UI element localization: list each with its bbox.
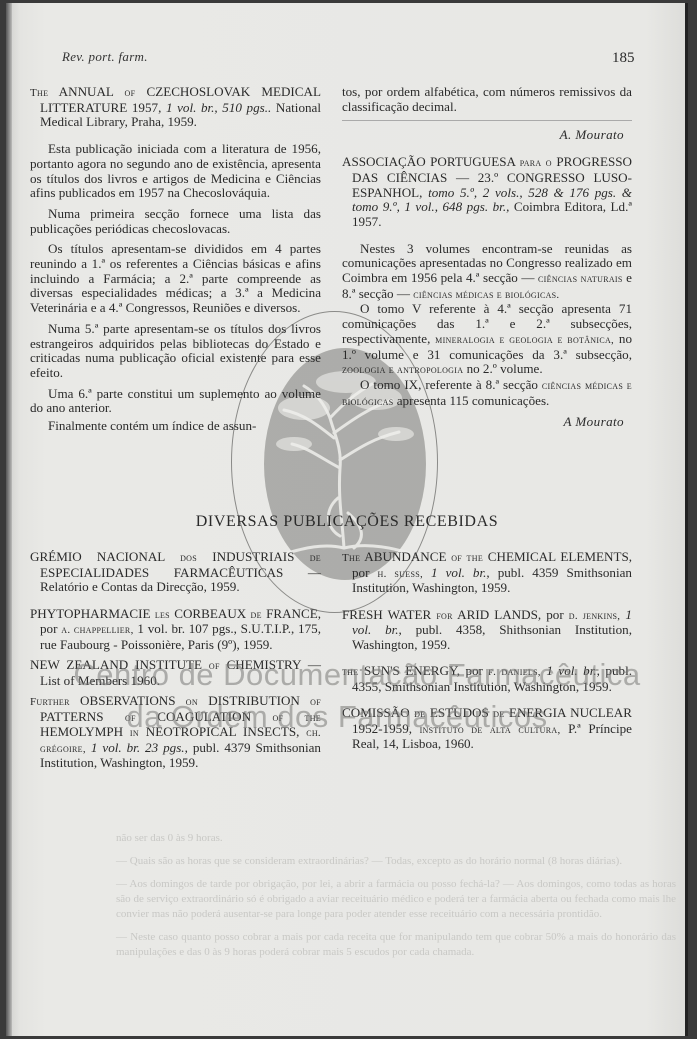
publication-entry: PHYTOPHARMACIE les CORBEAUX de FRANCE, p… (30, 607, 321, 653)
publication-entry: COMISSÃO de ESTUDOS de ENERGIA NUCLEAR 1… (342, 706, 632, 752)
review-paragraph: O tomo V referente à 4.ª secção apresent… (342, 302, 632, 378)
title-main: ANNUAL (59, 84, 114, 99)
text: 1 vol. br., (546, 663, 600, 678)
section-title: DIVERSAS PUBLICAÇÕES RECEBIDAS (6, 513, 688, 531)
review-paragraph: Finalmente contém um índice de assun- (30, 419, 321, 434)
scanned-page: não ser das 0 às 9 horas. — Quais são as… (6, 3, 688, 1036)
text: NEOTROPICAL INSECTS, (146, 724, 300, 739)
text: DISTRIBUTION (208, 693, 300, 708)
text: h. suess, (378, 568, 424, 580)
text: the (342, 666, 358, 678)
text: ARID LANDS, por (457, 607, 564, 622)
review-entry-title: ASSOCIAÇÃO PORTUGUESA para o PROGRESSO D… (342, 155, 632, 230)
review-paragraph: Esta publicação iniciada com a literatur… (30, 142, 321, 201)
text: PATTERNS (40, 709, 104, 724)
text: OBSERVATIONS (80, 693, 175, 708)
entry-format: 1 vol. br., 510 pgs.. (166, 100, 271, 115)
right-column: tos, por ordem alfabética, com números r… (342, 85, 632, 430)
text: of (310, 696, 321, 708)
text: of the (273, 712, 321, 724)
text: of the (451, 552, 483, 564)
text: ciências naturais (538, 273, 623, 285)
publications-left-column: GRÉMIO NACIONAL dos INDUSTRIAIS de ESPEC… (30, 550, 321, 771)
review-paragraph: Os títulos apresentam-se divididos em 4 … (30, 242, 321, 316)
text: ciências médicas e biológicas. (413, 289, 559, 301)
text: de (251, 609, 262, 621)
publication-entry: FRESH WATER for ARID LANDS, por d. jenki… (342, 608, 632, 653)
text: de (414, 708, 425, 720)
text: 1 vol. br., (431, 565, 490, 580)
text: NEW ZEALAND INSTITUTE (30, 657, 202, 672)
text: d. jenkins, (569, 610, 621, 622)
bleed-line: não ser das 0 às 9 horas. (116, 831, 676, 846)
text: mineralogia e geologia e botânica, (435, 334, 614, 346)
bleed-line: — Neste caso quanto posso cobrar a mais … (116, 930, 676, 960)
text: instituto de alta cultura, (420, 724, 561, 736)
review-paragraph: Uma 6.ª parte constitui um suplemento ao… (30, 387, 321, 416)
review-paragraph: Nestes 3 volumes encontram-se reunidas a… (342, 242, 632, 303)
bleed-line: — Aos domingos de tarde por obrigação, p… (116, 877, 676, 922)
text: CORBEAUX (174, 606, 246, 621)
text: COMISSÃO (342, 705, 410, 720)
text: on (186, 696, 198, 708)
review-paragraph: Numa 5.ª parte apresentam-se os títulos … (30, 322, 321, 381)
text: ESTUDOS (430, 705, 489, 720)
text: apresenta 115 comunicações. (397, 393, 550, 408)
review-paragraph: Numa primeira secção fornece uma lista d… (30, 207, 321, 236)
review-signature: A Mourato (342, 415, 632, 430)
text: de (310, 552, 321, 564)
text: of (125, 712, 136, 724)
text: zoologia e antropologia (342, 364, 463, 376)
review-signature: A. Mourato (342, 128, 632, 143)
title-of: of (125, 87, 136, 99)
title-part: para o (520, 157, 552, 169)
text: The (342, 552, 360, 564)
text: a. chappellier, (61, 624, 133, 636)
text: HEMOLYMPH (40, 724, 123, 739)
running-head: Rev. port. farm. (62, 49, 148, 65)
publication-entry: NEW ZEALAND INSTITUTE of CHEMISTRY — Lis… (30, 658, 321, 688)
text: 1 vol. br. 23 pgs., (91, 740, 188, 755)
publication-entry: The ABUNDANCE of the CHEMICAL ELEMENTS, … (342, 550, 632, 596)
bleed-line: — Quais são as horas que se consideram e… (116, 854, 676, 869)
title-prefix: The (30, 87, 48, 99)
text: PHYTOPHARMACIE (30, 606, 151, 621)
text: O tomo IX, referente à 8.ª secção (360, 377, 538, 392)
text: COAGULATION (157, 709, 251, 724)
page-number: 185 (612, 50, 635, 67)
text: de (493, 708, 504, 720)
left-column: The ANNUAL of CZECHOSLOVAK MEDICAL LITTE… (30, 85, 321, 434)
publication-entry: Further OBSERVATIONS on DISTRIBUTION of … (30, 694, 321, 771)
text: GRÉMIO NACIONAL (30, 549, 165, 564)
text: Further (30, 696, 70, 708)
text: of (209, 660, 220, 672)
text: in (130, 727, 139, 739)
publications-right-column: The ABUNDANCE of the CHEMICAL ELEMENTS, … (342, 550, 632, 752)
separator-rule (342, 120, 632, 121)
review-continuation: tos, por ordem alfabética, com números r… (342, 85, 632, 114)
text: ABUNDANCE (364, 549, 446, 564)
text: ESPECIALIDADES FARMACÊUTICAS — Relatório… (40, 565, 321, 595)
review-entry-title: The ANNUAL of CZECHOSLOVAK MEDICAL LITTE… (30, 85, 321, 130)
publication-entry: the SUN'S ENERGY, por f. daniels, 1 vol.… (342, 664, 632, 694)
text: no 2.º volume. (467, 361, 543, 376)
publication-entry: GRÉMIO NACIONAL dos INDUSTRIAIS de ESPEC… (30, 550, 321, 595)
text: SUN'S ENERGY, por (364, 663, 483, 678)
text: for (436, 610, 452, 622)
bleed-through-text: não ser das 0 às 9 horas. — Quais são as… (116, 831, 676, 960)
text: INDUSTRIAIS (212, 549, 294, 564)
text: dos (180, 552, 197, 564)
title-part: ASSOCIAÇÃO PORTUGUESA (342, 154, 515, 169)
text: FRESH WATER (342, 607, 431, 622)
text: f. daniels, (488, 666, 540, 678)
review-paragraph: O tomo IX, referente à 8.ª secção ciênci… (342, 378, 632, 409)
text: les (155, 609, 170, 621)
